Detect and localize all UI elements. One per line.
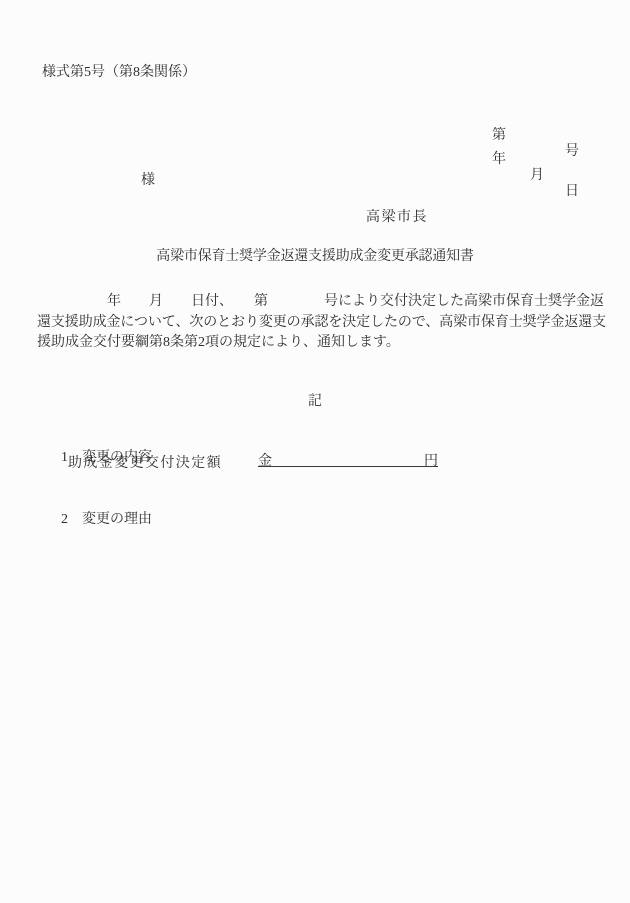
list-item-change-reason: 2変更の理由 xyxy=(47,492,152,510)
date-month-label: 月 xyxy=(530,164,544,184)
amount-currency-suffix: 円 xyxy=(424,450,438,466)
doc-number-line: 第 号 xyxy=(492,108,602,126)
body-line: 援助成金交付要綱第8条第2項の規定により、通知します。 xyxy=(37,331,400,351)
recipient-honorific: 様 xyxy=(141,169,155,189)
body-line: 還支援助成金について、次のとおり変更の承認を決定したので、高梁市保育士奨学金返還… xyxy=(37,311,606,331)
amount-blank-field: 金 円 xyxy=(258,450,438,467)
item-2-number: 2 xyxy=(61,512,82,528)
item-2-label: 変更の理由 xyxy=(82,512,152,527)
body-line: 年 月 日付、 第 号により交付決定した高梁市保育士奨学金返 xyxy=(37,290,604,310)
amount-currency-prefix: 金 xyxy=(258,450,272,466)
record-marker: 記 xyxy=(0,390,630,410)
document-title: 高梁市保育士奨学金返還支援助成金変更承認通知書 xyxy=(0,245,630,265)
date-year-label: 年 xyxy=(492,148,506,168)
form-number-label: 様式第5号（第8条関係） xyxy=(42,61,196,81)
date-line: 年 月 日 xyxy=(492,132,602,150)
date-day-label: 日 xyxy=(565,180,579,200)
amount-label: 助成金変更交付決定額 xyxy=(68,452,222,472)
list-item-change-contents: 1変更の内容 xyxy=(47,430,152,448)
sender-title: 高梁市長 xyxy=(366,206,428,226)
document-page: 様式第5号（第8条関係） 第 号 年 月 日 様 高梁市長 高梁市保育士奨学金返… xyxy=(0,0,630,903)
